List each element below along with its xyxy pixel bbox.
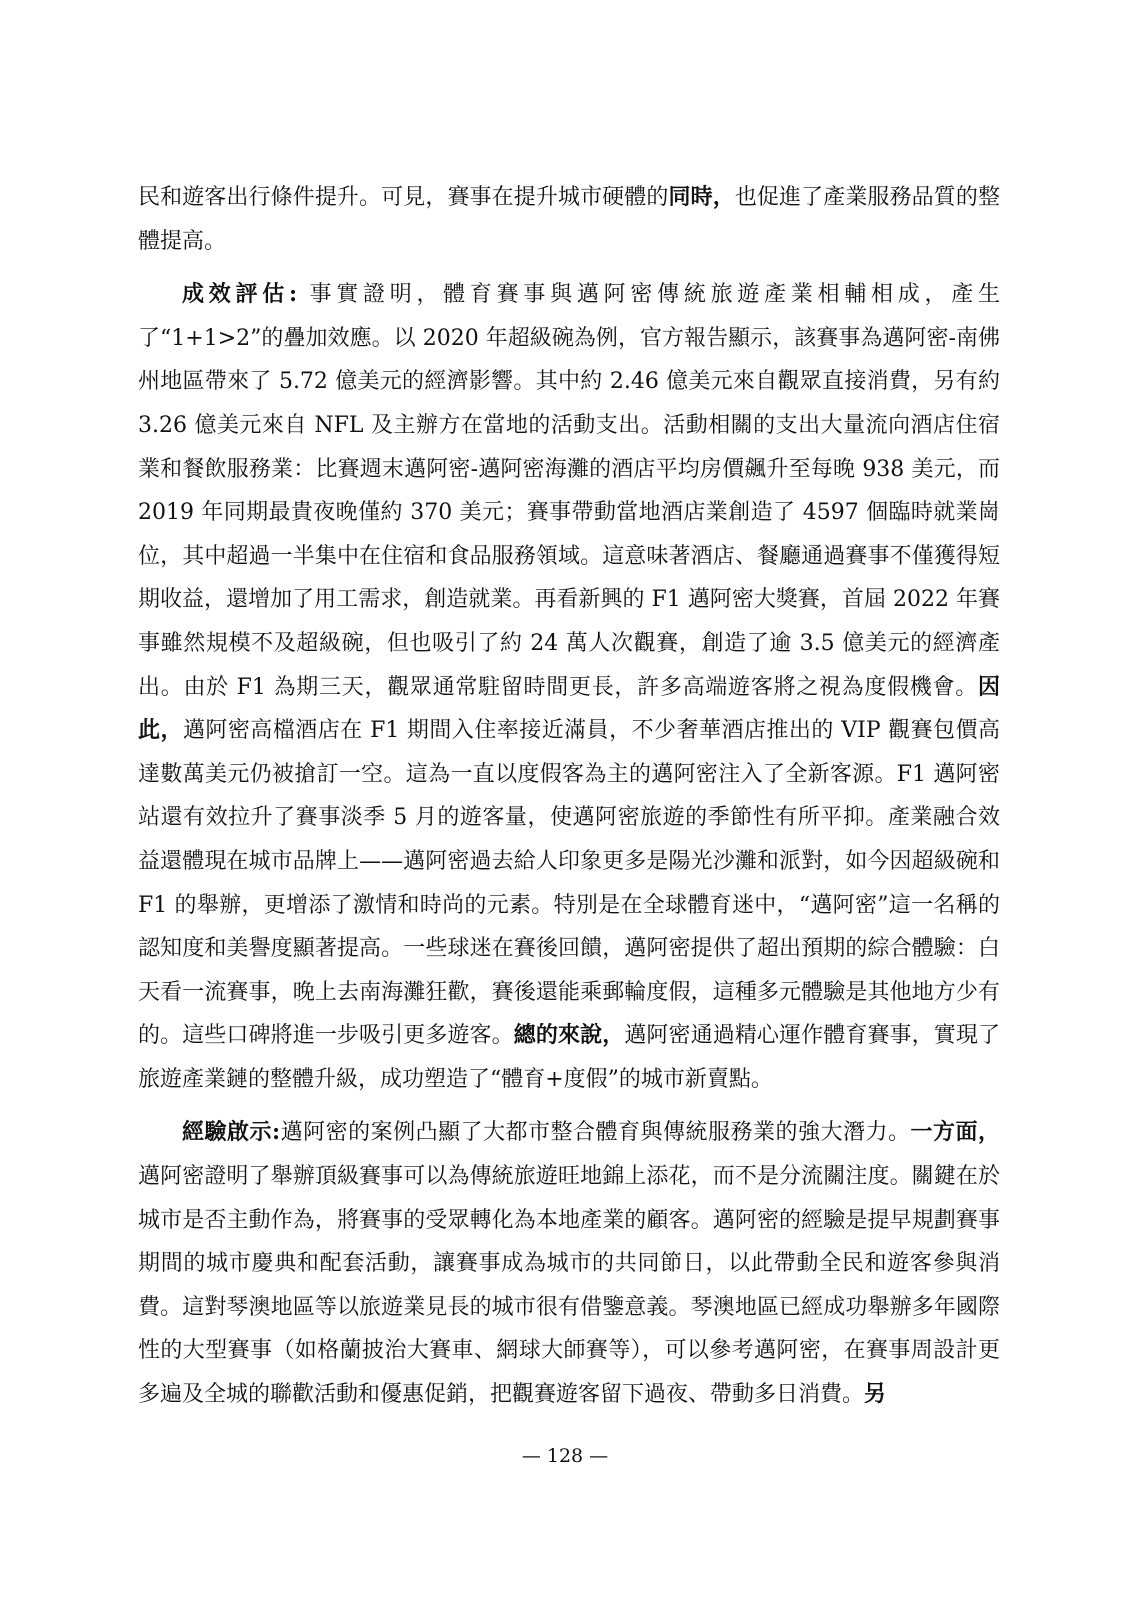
bold-text-run: 另 — [864, 1381, 886, 1407]
bold-text-run: 同時， — [669, 184, 735, 210]
bold-text-run: 一方面， — [911, 1119, 1001, 1145]
page-number: — 128 — — [0, 1442, 1130, 1470]
text-run: 民和遊客出行條件提升。可見，賽事在提升城市硬體的 — [138, 185, 669, 210]
paragraph: 民和遊客出行條件提升。可見，賽事在提升城市硬體的同時，也促進了產業服務品質的整體… — [138, 176, 1000, 263]
document-body: 民和遊客出行條件提升。可見，賽事在提升城市硬體的同時，也促進了產業服務品質的整體… — [138, 176, 1000, 1427]
bold-text-run: 成效評估: — [182, 281, 309, 307]
paragraph: 經驗啟示:邁阿密的案例凸顯了大都市整合體育與傳統服務業的強大潛力。一方面，邁阿密… — [138, 1111, 1000, 1416]
text-run: 邁阿密的案例凸顯了大都市整合體育與傳統服務業的強大潛力。 — [280, 1120, 910, 1145]
document-page: 民和遊客出行條件提升。可見，賽事在提升城市硬體的同時，也促進了產業服務品質的整體… — [0, 0, 1130, 1600]
paragraph: 成效評估: 事實證明，體育賽事與邁阿密傳統旅遊產業相輔相成，產生了“1+1>2”… — [138, 273, 1000, 1101]
text-run: 邁阿密高檔酒店在 F1 期間入住率接近滿員，不少奢華酒店推出的 VIP 觀賽包價… — [138, 718, 1000, 1048]
text-run: 邁阿密證明了舉辦頂級賽事可以為傳統旅遊旺地錦上添花，而不是分流關注度。關鍵在於城… — [138, 1164, 1000, 1407]
bold-text-run: 總的來說， — [514, 1022, 625, 1048]
text-run: 事實證明，體育賽事與邁阿密傳統旅遊產業相輔相成，產生了“1+1>2”的疊加效應。… — [138, 282, 1000, 699]
bold-text-run: 經驗啟示: — [182, 1119, 280, 1145]
